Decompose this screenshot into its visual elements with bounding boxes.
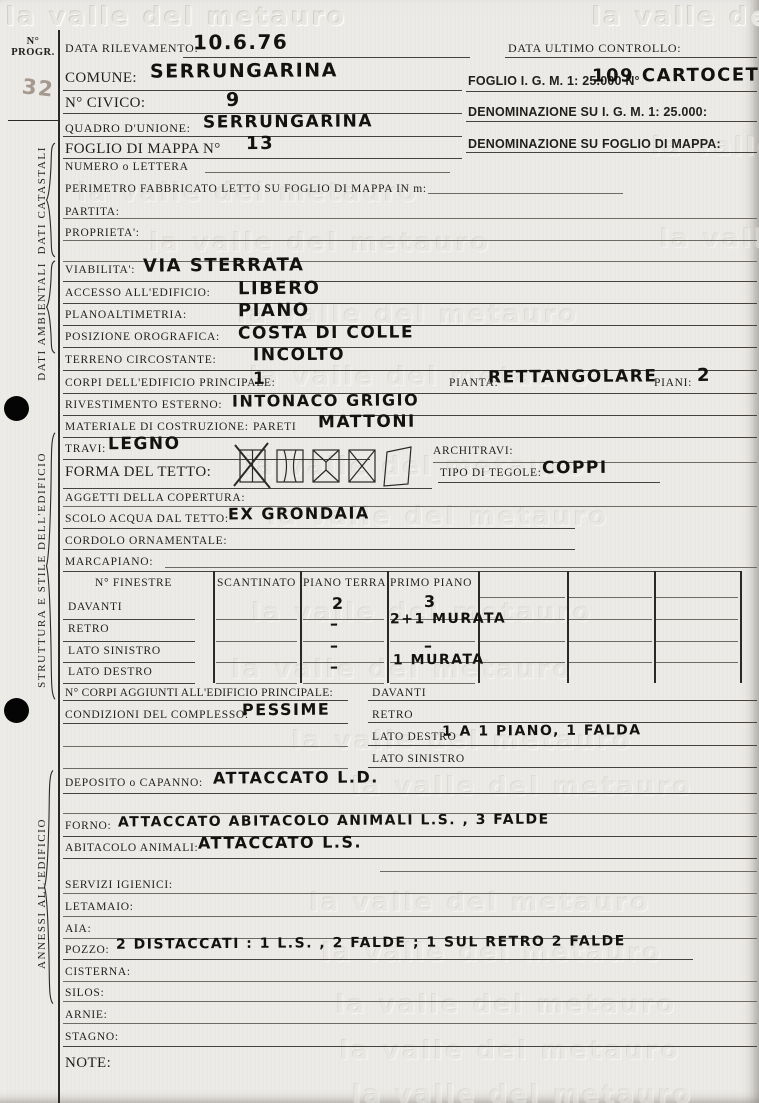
field-label: SILOS: bbox=[65, 987, 104, 999]
rule bbox=[656, 619, 738, 620]
rule bbox=[63, 858, 757, 859]
table-column-divider bbox=[654, 571, 656, 683]
table-header: PIANO TERRA bbox=[303, 577, 386, 589]
rule bbox=[303, 683, 384, 684]
handwritten-value: INCOLTO bbox=[253, 345, 345, 366]
field-label: TIPO DI TEGOLE: bbox=[440, 467, 542, 479]
roof-gable-crossed-icon bbox=[234, 443, 270, 488]
rule bbox=[165, 567, 757, 568]
field-label: N° CIVICO: bbox=[65, 95, 145, 112]
field-label: COMUNE: bbox=[65, 70, 137, 87]
watermark: la valle del metauro bbox=[150, 228, 491, 257]
handwritten-value: PESSIME bbox=[242, 700, 330, 720]
rule bbox=[63, 619, 195, 620]
handwritten-value: 109 CARTOCETO bbox=[592, 64, 759, 86]
rule bbox=[63, 347, 757, 348]
table-cell-value: 2+1 MURATA bbox=[390, 611, 506, 628]
rule bbox=[569, 641, 652, 642]
table-header: SCANTINATO bbox=[217, 577, 296, 589]
handwritten-value: 1 bbox=[253, 369, 266, 389]
progr-label: N° bbox=[8, 36, 58, 47]
handwritten-value: 10.6.76 bbox=[193, 30, 288, 55]
rule bbox=[63, 1001, 757, 1002]
field-label: DAVANTI bbox=[372, 687, 426, 699]
section-brace bbox=[46, 260, 56, 354]
roof-shed-icon bbox=[384, 447, 411, 486]
handwritten-value: RETTANGOLARE bbox=[488, 366, 658, 387]
rule bbox=[63, 218, 757, 219]
handwritten-value: MATTONI bbox=[318, 412, 416, 433]
rule bbox=[368, 745, 757, 746]
table-column-divider bbox=[213, 571, 215, 683]
notes-label: NOTE: bbox=[65, 1055, 111, 1072]
rule bbox=[63, 836, 757, 837]
field-label: DENOMINAZIONE SU FOGLIO DI MAPPA: bbox=[468, 137, 721, 151]
watermark: la valle del metauro bbox=[660, 224, 759, 253]
field-label: AGGETTI DELLA COPERTURA: bbox=[65, 492, 245, 504]
field-label: MATERIALE DI COSTRUZIONE: bbox=[65, 421, 249, 433]
rule bbox=[656, 641, 738, 642]
rule bbox=[63, 506, 757, 507]
handwritten-value: ATTACCATO L.S. bbox=[198, 832, 362, 852]
rule bbox=[480, 641, 565, 642]
rule bbox=[63, 281, 757, 282]
rule bbox=[63, 549, 575, 550]
table-cell-value: 1 MURATA bbox=[393, 652, 485, 669]
handwritten-value: INTONACO GRIGIO bbox=[232, 390, 419, 410]
handwritten-value: SERRUNGARINA bbox=[150, 59, 338, 82]
field-label: LATO SINISTRO bbox=[372, 753, 465, 765]
field-label: QUADRO D'UNIONE: bbox=[65, 121, 191, 136]
rule bbox=[63, 746, 348, 747]
rule bbox=[63, 723, 348, 724]
table-row-label: LATO DESTRO bbox=[68, 666, 152, 678]
field-label: DEPOSITO o CAPANNO: bbox=[65, 777, 203, 789]
table-column-divider bbox=[387, 571, 389, 683]
handwritten-value: 2 bbox=[697, 365, 711, 386]
rule bbox=[480, 597, 565, 598]
field-label: N° CORPI AGGIUNTI ALL'EDIFICIO PRINCIPAL… bbox=[65, 687, 333, 699]
field-label: SERVIZI IGIENICI: bbox=[65, 879, 173, 891]
handwritten-value: ATTACCATO ABITACOLO ANIMALI L.S. , 3 FAL… bbox=[118, 811, 550, 830]
field-label: PERIMETRO FABBRICATO LETTO SU FOGLIO DI … bbox=[65, 183, 427, 195]
rule bbox=[656, 597, 738, 598]
field-label: RETRO bbox=[372, 709, 413, 721]
rule bbox=[216, 662, 297, 663]
handwritten-value: SERRUNGARINA bbox=[203, 111, 373, 132]
field-label: POSIZIONE OROGRAFICA: bbox=[65, 331, 220, 343]
table-row-label: RETRO bbox=[68, 623, 109, 635]
rule bbox=[303, 641, 384, 642]
rule bbox=[216, 641, 297, 642]
rule bbox=[63, 981, 757, 982]
rule bbox=[466, 91, 757, 92]
rule bbox=[63, 90, 462, 91]
table-cell-value: – bbox=[330, 657, 340, 676]
rule bbox=[205, 172, 450, 173]
field-label: CORDOLO ORNAMENTALE: bbox=[65, 535, 227, 547]
rule bbox=[428, 193, 623, 194]
rule bbox=[569, 662, 652, 663]
handwritten-value: 1 A 1 PIANO, 1 FALDA bbox=[442, 722, 642, 739]
table-header: PRIMO PIANO bbox=[390, 577, 472, 589]
watermark: la valle del metauro bbox=[6, 2, 347, 31]
field-label: LETAMAIO: bbox=[65, 901, 134, 913]
rule bbox=[63, 303, 757, 304]
field-label: CONDIZIONI DEL COMPLESSO: bbox=[65, 709, 249, 721]
rule bbox=[216, 619, 297, 620]
handwritten-value: LIBERO bbox=[238, 278, 321, 300]
rule bbox=[63, 959, 693, 960]
table-cell-value: – bbox=[330, 636, 340, 655]
watermark: la valle del metauro bbox=[352, 772, 693, 801]
field-label: SCOLO ACQUA DAL TETTO: bbox=[65, 513, 229, 525]
rule bbox=[63, 683, 195, 684]
section-brace bbox=[46, 142, 56, 258]
table-column-divider bbox=[567, 571, 569, 683]
rule bbox=[63, 1046, 757, 1047]
progr-label: PROGR. bbox=[8, 47, 58, 58]
progr-value-handwritten: 32 bbox=[21, 74, 56, 101]
rule bbox=[63, 528, 575, 529]
field-label: FORNO: bbox=[65, 820, 111, 832]
rule bbox=[466, 152, 757, 153]
field-label: FORMA DEL TETTO: bbox=[65, 464, 211, 481]
table-border-top bbox=[63, 571, 740, 572]
field-label: DATA RILEVAMENTO: bbox=[65, 41, 199, 56]
rule bbox=[505, 57, 757, 58]
handwritten-value: PIANO bbox=[238, 300, 310, 321]
field-sublabel: PARETI bbox=[253, 421, 296, 433]
rule bbox=[368, 767, 757, 768]
rule bbox=[216, 683, 297, 684]
section-brace bbox=[46, 430, 56, 702]
roof-shape-symbols bbox=[237, 442, 415, 490]
roof-curved-icon bbox=[277, 450, 303, 482]
field-label: PLANOALTIMETRIA: bbox=[65, 309, 187, 321]
rule bbox=[569, 619, 652, 620]
field-label: STAGNO: bbox=[65, 1031, 119, 1043]
punch-hole bbox=[4, 698, 29, 723]
field-label: AIA: bbox=[65, 923, 91, 935]
handwritten-value: 9 bbox=[226, 89, 241, 111]
watermark: la valle del metauro bbox=[340, 1036, 681, 1065]
punch-hole bbox=[4, 396, 29, 421]
table-header: N° FINESTRE bbox=[95, 577, 172, 589]
rule bbox=[656, 662, 738, 663]
field-label: RIVESTIMENTO ESTERNO: bbox=[65, 399, 222, 411]
rule bbox=[569, 597, 652, 598]
field-label: DENOMINAZIONE SU I. G. M. 1: 25.000: bbox=[468, 105, 707, 119]
watermark: la valle del metauro bbox=[352, 1080, 693, 1103]
scanned-cadastral-form: la valle del metauro la valle del metaur… bbox=[0, 0, 759, 1103]
rule bbox=[63, 662, 195, 663]
field-label: ACCESSO ALL'EDIFICIO: bbox=[65, 287, 211, 299]
field-label: TERRENO CIRCOSTANTE: bbox=[65, 354, 216, 366]
rule bbox=[63, 1023, 757, 1024]
field-label: ABITACOLO ANIMALI: bbox=[65, 842, 198, 854]
table-cell-value: 2 bbox=[332, 594, 345, 613]
field-label: ARCHITRAVI: bbox=[433, 445, 513, 457]
table-row-label: LATO SINISTRO bbox=[68, 645, 161, 657]
rule bbox=[480, 662, 565, 663]
rule bbox=[438, 482, 660, 483]
margin-divider bbox=[58, 30, 60, 1103]
roof-pavilion-icon bbox=[349, 450, 375, 482]
rule bbox=[63, 641, 195, 642]
table-column-divider bbox=[300, 571, 302, 683]
handwritten-value: LEGNO bbox=[108, 434, 181, 455]
table-border-right bbox=[740, 571, 742, 683]
field-label: POZZO: bbox=[65, 944, 109, 956]
table-cell-value: 3 bbox=[424, 592, 437, 611]
field-label: PIANI: bbox=[654, 377, 692, 389]
field-label: TRAVI: bbox=[65, 443, 106, 455]
rule bbox=[380, 871, 757, 872]
watermark: la valle del metauro bbox=[592, 2, 759, 31]
rule bbox=[303, 662, 384, 663]
rule bbox=[63, 793, 757, 794]
rule bbox=[63, 158, 462, 159]
handwritten-value: EX GRONDAIA bbox=[228, 504, 370, 524]
field-label: PARTITA: bbox=[65, 206, 120, 218]
field-label: CORPI DELL'EDIFICIO PRINCIPALE: bbox=[65, 377, 276, 389]
handwritten-value: COSTA DI COLLE bbox=[238, 322, 414, 343]
handwritten-value: COPPI bbox=[542, 458, 608, 478]
field-label: MARCAPIANO: bbox=[65, 556, 153, 568]
rule bbox=[466, 121, 757, 122]
rule bbox=[63, 240, 757, 241]
field-label: DATA ULTIMO CONTROLLO: bbox=[508, 41, 681, 56]
section-brace bbox=[44, 768, 54, 1006]
field-label: ARNIE: bbox=[65, 1009, 108, 1021]
handwritten-value: 13 bbox=[246, 133, 274, 154]
table-row-label: DAVANTI bbox=[68, 601, 122, 613]
field-label: NUMERO o LETTERA bbox=[65, 161, 189, 173]
field-label: FOGLIO DI MAPPA N° bbox=[65, 141, 221, 158]
handwritten-value: ATTACCATO L.D. bbox=[213, 767, 379, 787]
rule bbox=[183, 57, 470, 58]
rule bbox=[303, 619, 384, 620]
field-label: VIABILITA': bbox=[65, 264, 135, 276]
field-label: PROPRIETA': bbox=[65, 227, 140, 239]
rule bbox=[63, 893, 757, 894]
watermark: la valle del metauro bbox=[336, 990, 677, 1019]
rule bbox=[63, 916, 757, 917]
table-cell-value: – bbox=[330, 614, 340, 633]
rule bbox=[390, 683, 475, 684]
field-label: CISTERNA: bbox=[65, 966, 131, 978]
handwritten-value: VIA STERRATA bbox=[143, 254, 305, 276]
rule bbox=[368, 700, 757, 701]
roof-hip-icon bbox=[313, 450, 339, 482]
